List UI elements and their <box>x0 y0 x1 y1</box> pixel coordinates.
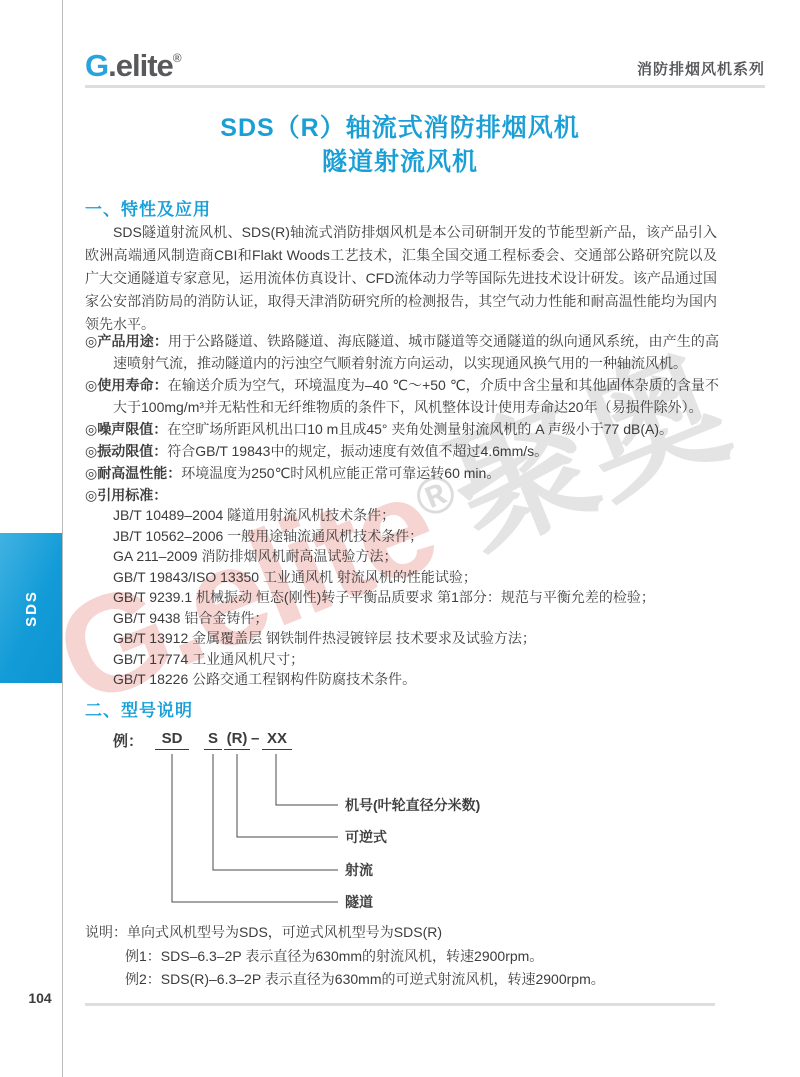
diagram-label-tunnel: 隧道 <box>345 892 373 912</box>
diagram-label-jet: 射流 <box>345 860 373 880</box>
diagram-label-size: 机号(叶轮直径分米数) <box>345 795 480 815</box>
feature-item: ◎引用标准： <box>85 484 719 506</box>
section-heading-model: 二、型号说明 <box>85 696 193 721</box>
feature-label: 产品用途： <box>97 333 168 349</box>
page-title: SDS（R）轴流式消防排烟风机 隧道射流风机 <box>85 111 715 179</box>
model-code-diagram: 例： SD S (R) – XX 机号(叶轮直径分米数) 可逆式 射流 隧道 <box>85 724 715 922</box>
page-margin-divider <box>62 0 63 1077</box>
intro-paragraph: SDS隧道射流风机、SDS(R)轴流式消防排烟风机是本公司研制开发的节能型新产品… <box>85 221 717 336</box>
footer-rule <box>85 1003 715 1006</box>
standard-item: JB/T 10562–2006 一般用途轴流通风机技术条件； <box>113 526 719 547</box>
standard-item: GB/T 13912 金属覆盖层 钢铁制件热浸镀锌层 技术要求及试验方法； <box>113 628 719 649</box>
feature-label: 振动限值： <box>97 443 167 459</box>
feature-list: ◎产品用途：用于公路隧道、铁路隧道、海底隧道、城市隧道等交通隧道的纵向通风系统，… <box>85 330 719 506</box>
brand-logo: G.elite® <box>85 40 182 84</box>
bullet-icon: ◎ <box>85 487 97 503</box>
feature-text: 符合GB/T 19843中的规定，振动速度有效值不超过4.6mm/s。 <box>167 443 548 459</box>
diagram-label-reversible: 可逆式 <box>345 827 387 847</box>
notes-example2: 例2：SDS(R)–6.3–2P 表示直径为630mm的可逆式射流风机，转速29… <box>85 968 717 992</box>
series-label: 消防排烟风机系列 <box>637 58 765 79</box>
standard-item: GA 211–2009 消防排烟风机耐高温试验方法； <box>113 546 719 567</box>
standard-item: GB/T 17774 工业通风机尺寸； <box>113 649 719 670</box>
feature-label: 使用寿命： <box>97 377 167 393</box>
header-rule <box>85 85 765 88</box>
notes-example1: 例1：SDS–6.3–2P 表示直径为630mm的射流风机，转速2900rpm。 <box>85 945 717 969</box>
standard-item: GB/T 19843/ISO 13350 工业通风机 射流风机的性能试验； <box>113 567 719 588</box>
sidebar-tab-sds[interactable]: SDS <box>0 533 62 683</box>
feature-item: ◎耐高温性能：环境温度为250℃时风机应能正常可靠运转60 min。 <box>85 462 719 484</box>
feature-text: 环境温度为250℃时风机应能正常可靠运转60 min。 <box>181 465 500 481</box>
feature-label: 引用标准： <box>97 487 167 503</box>
notes-block: 说明：单向式风机型号为SDS，可逆式风机型号为SDS(R) 例1：SDS–6.3… <box>85 921 717 992</box>
standard-item: GB/T 9239.1 机械振动 恒态(刚性)转子平衡品质要求 第1部分：规范与… <box>113 587 719 608</box>
feature-item: ◎使用寿命：在输送介质为空气，环境温度为–40 ℃～+50 ℃，介质中含尘量和其… <box>85 374 719 418</box>
feature-text: 在输送介质为空气，环境温度为–40 ℃～+50 ℃，介质中含尘量和其他固体杂质的… <box>113 377 719 415</box>
standard-item: GB/T 18226 公路交通工程钢构件防腐技术条件。 <box>113 669 719 690</box>
bullet-icon: ◎ <box>85 443 97 459</box>
feature-item: ◎振动限值：符合GB/T 19843中的规定，振动速度有效值不超过4.6mm/s… <box>85 440 719 462</box>
section-heading-features: 一、特性及应用 <box>85 195 211 220</box>
bullet-icon: ◎ <box>85 421 97 437</box>
page-title-line2: 隧道射流风机 <box>85 145 715 179</box>
registered-trademark-icon: ® <box>173 51 182 65</box>
feature-label: 噪声限值： <box>97 421 167 437</box>
feature-text: 在空旷场所距风机出口10 m且成45° 夹角处测量射流风机的 A 声级小于77 … <box>167 421 673 437</box>
page-number: 104 <box>22 990 58 1006</box>
standard-item: GB/T 9438 铝合金铸件； <box>113 608 719 629</box>
bullet-icon: ◎ <box>85 333 97 349</box>
feature-item: ◎噪声限值：在空旷场所距风机出口10 m且成45° 夹角处测量射流风机的 A 声… <box>85 418 719 440</box>
feature-label: 耐高温性能： <box>97 465 181 481</box>
notes-line1: 说明：单向式风机型号为SDS，可逆式风机型号为SDS(R) <box>85 921 717 945</box>
feature-item: ◎产品用途：用于公路隧道、铁路隧道、海底隧道、城市隧道等交通隧道的纵向通风系统，… <box>85 330 719 374</box>
sidebar-tab-label: SDS <box>23 590 40 627</box>
standard-item: JB/T 10489–2004 隧道用射流风机技术条件； <box>113 505 719 526</box>
logo-wordmark: .elite <box>108 48 173 83</box>
feature-text: 用于公路隧道、铁路隧道、海底隧道、城市隧道等交通隧道的纵向通风系统，由产生的高速… <box>113 333 719 371</box>
bullet-icon: ◎ <box>85 465 97 481</box>
page-title-line1: SDS（R）轴流式消防排烟风机 <box>85 111 715 145</box>
logo-letter-g: G <box>85 48 108 83</box>
bullet-icon: ◎ <box>85 377 97 393</box>
diagram-connector-lines <box>85 724 715 922</box>
standards-list: JB/T 10489–2004 隧道用射流风机技术条件； JB/T 10562–… <box>113 505 719 690</box>
